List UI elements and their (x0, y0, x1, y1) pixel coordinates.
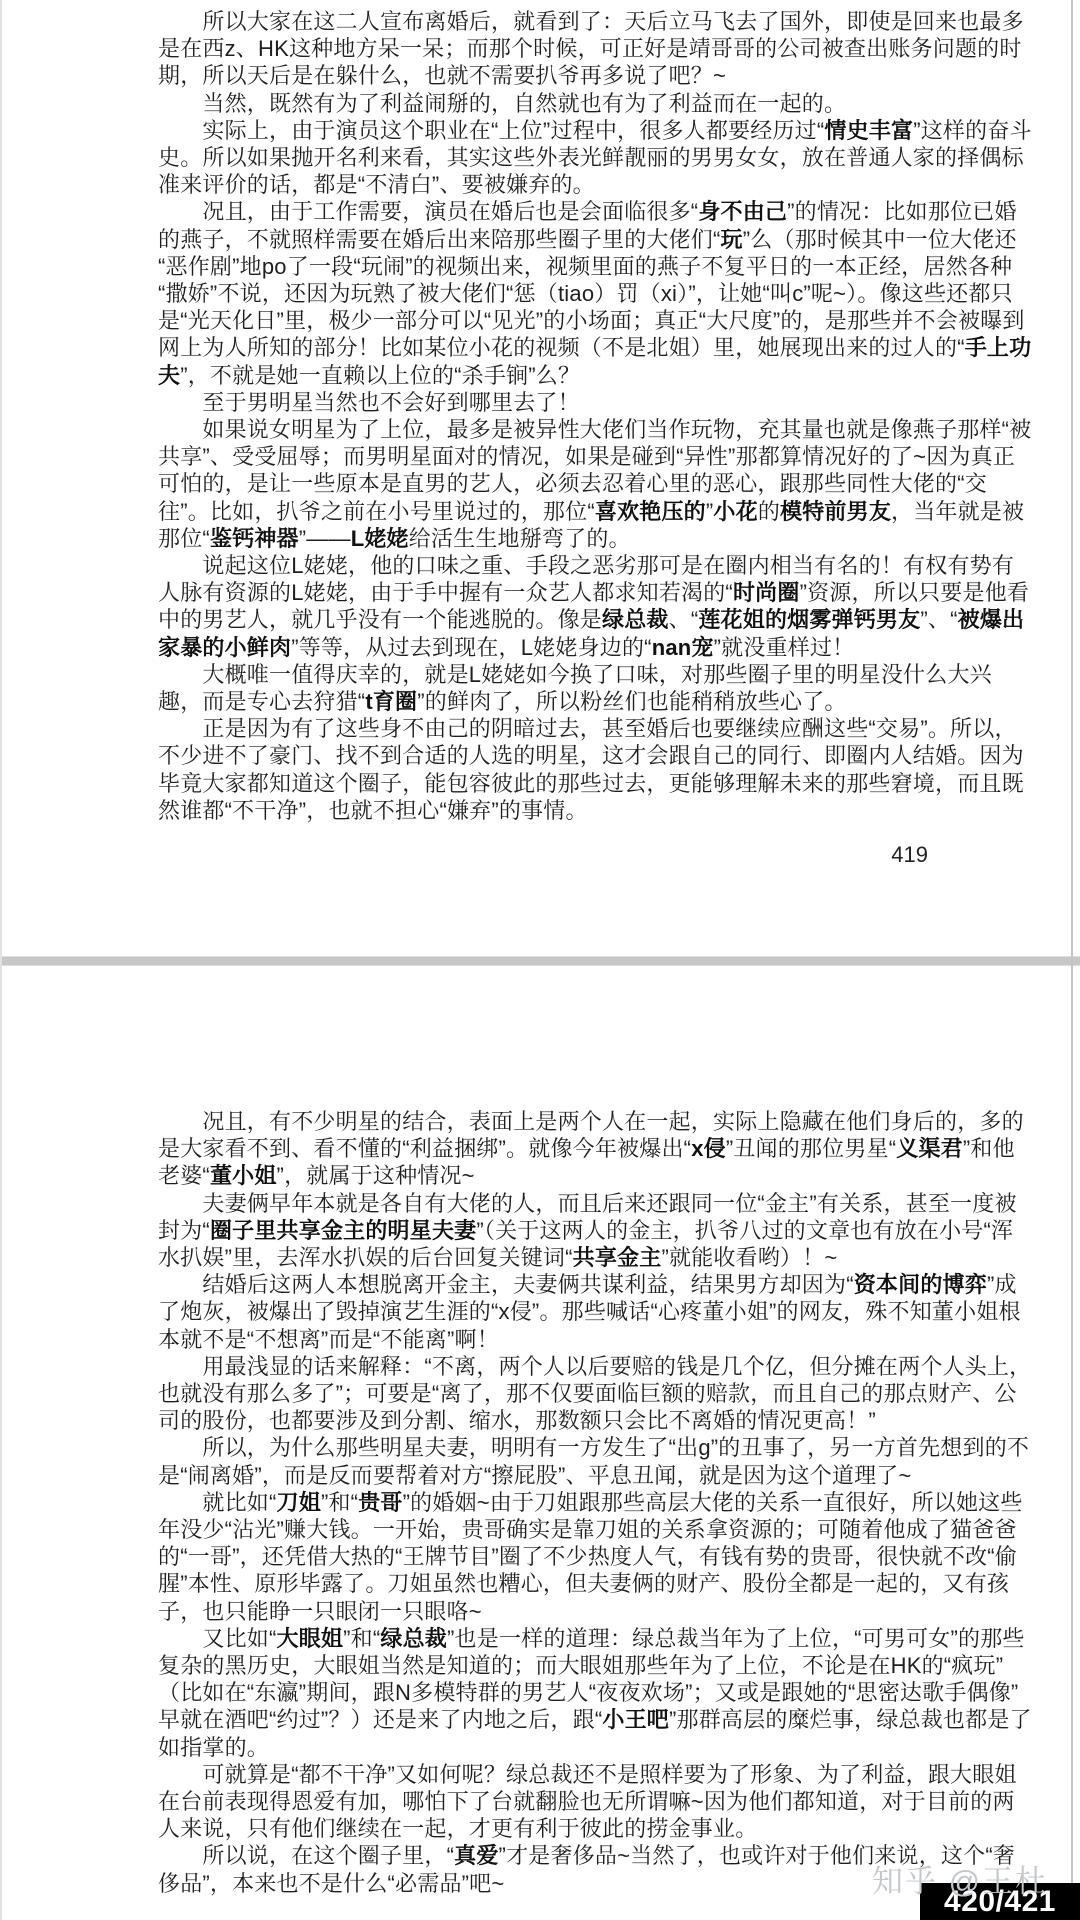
text-line: 大概唯一值得庆幸的，就是L姥姥如今换了口味，对那些圈子里的明星没什么大兴 (158, 661, 1032, 688)
text-line: 不少进不了豪门、找不到合适的人选的明星，这才会跟自己的同行、即圈内人结婚。因为 (158, 742, 1032, 769)
text-line: 期，所以天后是在躲什么，也就不需要扒爷再多说了吧？~ (158, 62, 1032, 89)
text-line: 趣，而是专心去狩猎“t育圈”的鲜肉了，所以粉丝们也能稍稍放些心了。 (158, 688, 1032, 715)
text-line: 毕竟大家都知道这个圈子，能包容彼此的那些过去，更能够理解未来的那些窘境，而且既 (158, 770, 1032, 797)
text-line: 家暴的小鲜肉”等等，从过去到现在，L姥姥身边的“nan宠”就没重样过！ (158, 634, 1032, 661)
text-line: 腥”本性、原形毕露了。刀姐虽然也糟心，但夫妻俩的财产、股份全都是一起的，又有孩 (158, 1570, 1032, 1597)
text-line: 封为“圈子里共享金主的明星夫妻”（关于这两人的金主，扒爷八过的文章也有放在小号“… (158, 1217, 1032, 1244)
text-line: 然谁都“不干净”，也就不担心“嫌弃”的事情。 (158, 797, 1032, 824)
text-line: 夫”，不就是她一直赖以上位的“杀手锏”么？ (158, 362, 1032, 389)
text-line: 水扒娱”里，去浑水扒娱的后台回复关键词“共享金主”就能收看哟）！~ (158, 1244, 1032, 1271)
page-number-419: 419 (158, 842, 928, 868)
text-line: 往”。比如，扒爷之前在小号里说过的，那位“喜欢艳压的”小花的模特前男友，当年就是… (158, 498, 1032, 525)
text-line: 所以大家在这二人宣布离婚后，就看到了：天后立马飞去了国外，即使是回来也最多 (158, 8, 1032, 35)
page-419-body: 所以大家在这二人宣布离婚后，就看到了：天后立马飞去了国外，即使是回来也最多是在西… (158, 8, 1032, 824)
text-line: 网上为人所知的部分！比如某位小花的视频（不是北姐）里，她展现出来的过人的“手上功 (158, 334, 1032, 361)
text-line: 实际上，由于演员这个职业在“上位”过程中，很多人都要经历过“情史丰富”这样的奋斗 (158, 117, 1032, 144)
text-line: 人来说，只有他们继续在一起，才更有利于彼此的捞金事业。 (158, 1815, 1032, 1842)
text-line: 是“闹离婚”，而是反而要帮着对方“擦屁股”、平息丑闻，就是因为这个道理了~ (158, 1462, 1032, 1489)
text-line: 是在西z、HK这种地方呆一呆；而那个时候，可正好是靖哥哥的公司被查出账务问题的时 (158, 35, 1032, 62)
text-line: “撒娇”不说，还因为玩熟了被大佬们“惩（tiao）罚（xi）”，让她“叫c”呢~… (158, 280, 1032, 307)
text-line: 在台前表现得恩爱有加，哪怕下了台就翻脸也无所谓嘛~因为他们都知道，对于目前的两 (158, 1788, 1032, 1815)
text-line: 人脉有资源的L姥姥，由于手中握有一众艺人都求知若渴的“时尚圈”资源，所以只要是他… (158, 579, 1032, 606)
text-line: 可就算是“都不干净”又如何呢？绿总裁还不是照样要为了形象、为了利益，跟大眼姐 (158, 1761, 1032, 1788)
text-line: 的“一哥”，还凭借大热的“王牌节目”圈了不少热度人气，有钱有势的贵哥，很快就不改… (158, 1543, 1032, 1570)
text-line: 了炮灰，被爆出了毁掉演艺生涯的“x侵”。那些喊话“心疼董小姐”的网友，殊不知董小… (158, 1298, 1032, 1325)
text-line: “恶作剧”地po了一段“玩闹”的视频出来，视频里面的燕子不复平日的一本正经，居然… (158, 253, 1032, 280)
text-line: 当然，既然有为了利益闹掰的，自然就也有为了利益而在一起的。 (158, 90, 1032, 117)
text-line: 复杂的黑历史，大眼姐当然是知道的；而大眼姐那些年为了上位，不论是在HK的“疯玩” (158, 1652, 1032, 1679)
text-line: 又比如“大眼姐”和“绿总裁”也是一样的道理：绿总裁当年为了上位，“可男可女”的那… (158, 1625, 1032, 1652)
text-line: 子，也只能睁一只眼闭一只眼咯~ (158, 1598, 1032, 1625)
text-line: 夫妻俩早年本就是各自有大佬的人，而且后来还跟同一位“金主”有关系，甚至一度被 (158, 1190, 1032, 1217)
text-line: 如果说女明星为了上位，最多是被异性大佬们当作玩物，充其量也就是像燕子那样“被 (158, 416, 1032, 443)
text-line: 是“光天化日”里，极少一部分可以“见光”的小场面；真正“大尺度”的，是那些并不会… (158, 307, 1032, 334)
text-line: 况且，由于工作需要，演员在婚后也是会面临很多“身不由己”的情况：比如那位已婚 (158, 198, 1032, 225)
text-line: 早就在酒吧“约过”？）还是来了内地之后，跟“小王吧”那群高层的糜烂事，绿总裁也都… (158, 1706, 1032, 1733)
text-line: 司的股份，也都要涉及到分割、缩水，那数额只会比不离婚的情况更高！” (158, 1407, 1032, 1434)
text-line: 共享”、受受屈辱；而男明星面对的情况，如果是碰到“异性”那都算情况好的了~因为真… (158, 443, 1032, 470)
zhihu-watermark: 知乎 @王杜 (872, 1856, 1048, 1901)
text-line: 准来评价的话，都是“不清白”、要被嫌弃的。 (158, 171, 1032, 198)
text-line: 就比如“刀姐”和“贵哥”的婚姻~由于刀姐跟那些高层大佬的关系一直很好，所以她这些 (158, 1489, 1032, 1516)
page-420-body: 况且，有不少明星的结合，表面上是两个人在一起，实际上隐藏在他们身后的，多的是大家… (158, 1108, 1032, 1897)
text-line: 可怕的，是让一些原本是直男的艺人，必须去忍着心里的恶心，跟那些同性大佬的“交 (158, 470, 1032, 497)
text-line: 况且，有不少明星的结合，表面上是两个人在一起，实际上隐藏在他们身后的，多的 (158, 1108, 1032, 1135)
text-line: 如指掌的。 (158, 1734, 1032, 1761)
text-line: 中的男艺人，就几乎没有一个能逃脱的。像是绿总裁、“莲花姐的烟雾弹钙男友”、“被爆… (158, 606, 1032, 633)
text-line: （比如在“东瀛”期间，跟N多模特群的男艺人“夜夜欢场”；又或是跟她的“思密达歌手… (158, 1679, 1032, 1706)
scrollbar-track (1071, 0, 1073, 1920)
text-line: 年没少“沾光”赚大钱。一开始，贵哥确实是靠刀姐的关系拿资源的；可随着他成了猫爸爸 (158, 1516, 1032, 1543)
text-line: 至于男明星当然也不会好到哪里去了！ (158, 389, 1032, 416)
text-line: 正是因为有了这些身不由己的阴暗过去，甚至婚后也要继续应酬这些“交易”。所以， (158, 715, 1032, 742)
text-line: 用最浅显的话来解释：“不离，两个人以后要赔的钱是几个亿，但分摊在两个人头上， (158, 1353, 1032, 1380)
page-separator (0, 957, 1080, 965)
text-line: 本就不是“不想离”而是“不能离”啊！ (158, 1326, 1032, 1353)
reader-screen: 所以大家在这二人宣布离婚后，就看到了：天后立马飞去了国外，即使是回来也最多是在西… (0, 0, 1080, 1920)
text-line: 那位“鉴钙神器”——L姥姥给活生生地掰弯了的。 (158, 525, 1032, 552)
text-line: 老婆“董小姐”，就属于这种情况~ (158, 1162, 1032, 1189)
text-line: 所以，为什么那些明星夫妻，明明有一方发生了“出g”的丑事了，另一方首先想到的不 (158, 1434, 1032, 1461)
page-left-border (0, 0, 2, 1920)
text-line: 说起这位L姥姥，他的口味之重、手段之恶劣那可是在圈内相当有名的！有权有势有 (158, 552, 1032, 579)
text-line: 也就没有那么多了”；可要是“离了，那不仅要面临巨额的赔款，而且自己的那点财产、公 (158, 1380, 1032, 1407)
text-line: 史。所以如果抛开名利来看，其实这些外表光鲜靓丽的男男女女，放在普通人家的择偶标 (158, 144, 1032, 171)
text-line: 的燕子，不就照样需要在婚后出来陪那些圈子里的大佬们“玩”么（那时候其中一位大佬还 (158, 226, 1032, 253)
text-line: 结婚后这两人本想脱离开金主，夫妻俩共谋利益，结果男方却因为“资本间的博弈”成 (158, 1271, 1032, 1298)
text-line: 是大家看不到、看不懂的“利益捆绑”。就像今年被爆出“x侵”丑闻的那位男星“义渠君… (158, 1135, 1032, 1162)
